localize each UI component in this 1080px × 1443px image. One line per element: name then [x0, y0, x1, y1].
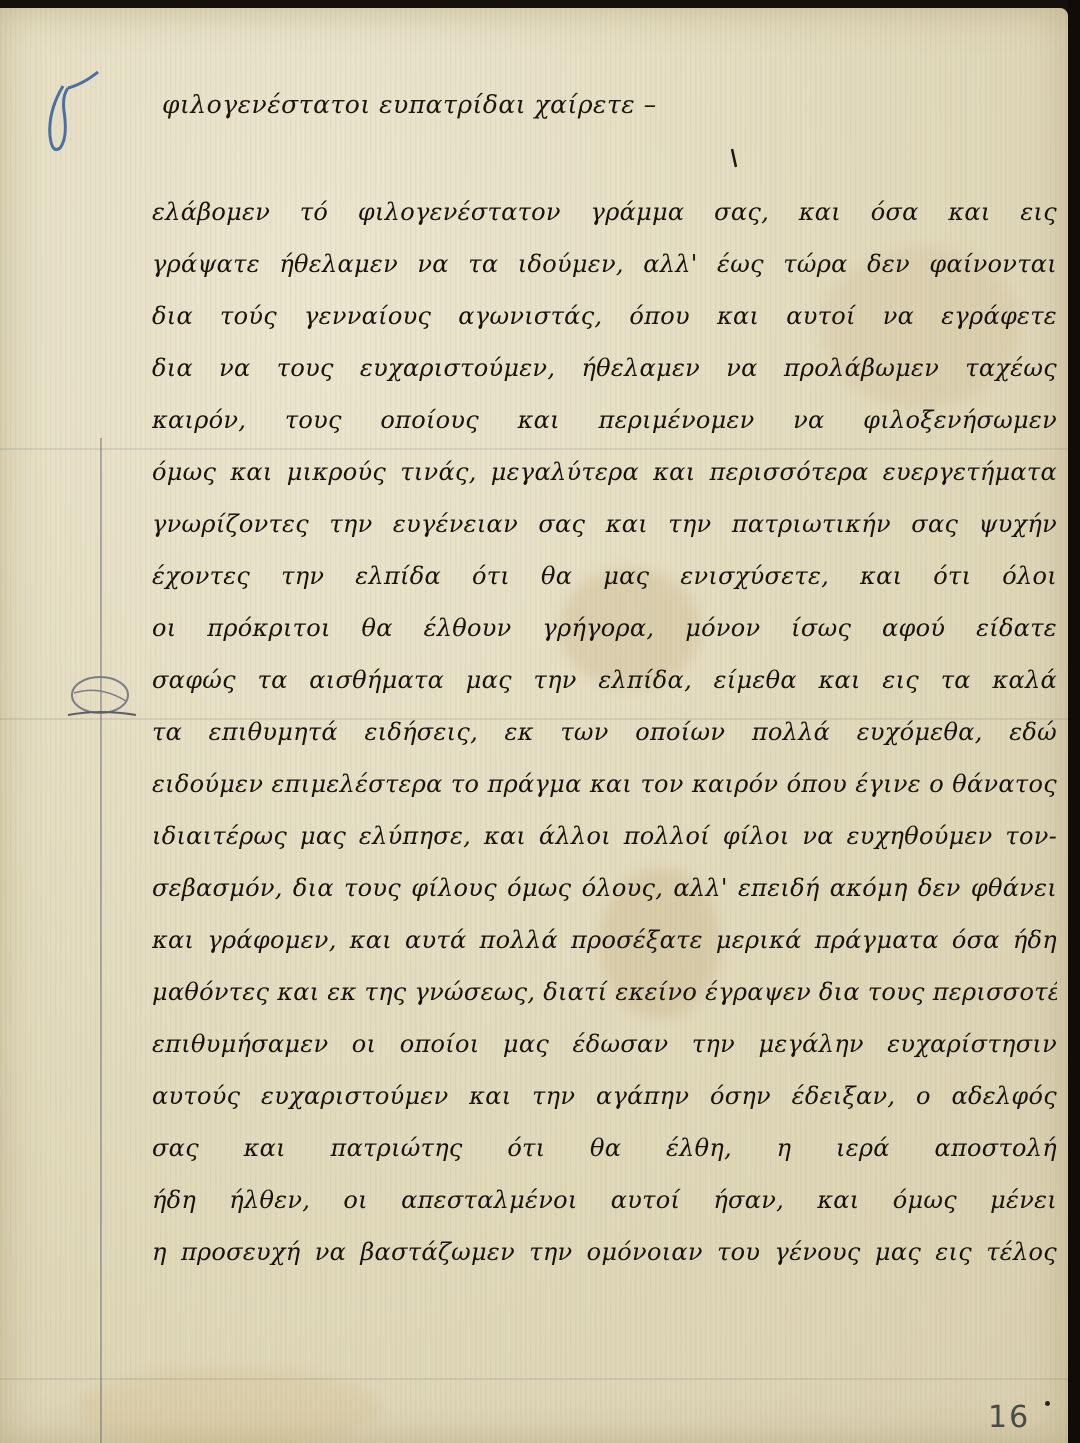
pencil-doodle-icon	[60, 663, 140, 733]
handwritten-line: η προσευχή να βαστάζωμεν την ομόνοιαν το…	[152, 1226, 1057, 1278]
handwritten-line: ελάβομεν τό φιλογενέστατον γράμμα σας, κ…	[152, 186, 1057, 238]
fold-line	[0, 1378, 1068, 1380]
handwritten-line: οι πρόκριτοι θα έλθουν γρήγορα, μόνον ίσ…	[152, 602, 1057, 654]
scan-edge-border	[1068, 0, 1080, 1443]
handwritten-line: ιδιαιτέρως μας ελύπησε, και άλλοι πολλοί…	[152, 810, 1057, 862]
pencil-margin-line	[100, 438, 102, 1443]
manuscript-page: φιλογενέστατοι ευπατρίδαι χαίρετε – ελάβ…	[0, 8, 1068, 1443]
handwritten-line: μαθόντες και εκ της γνώσεως, διατί εκείν…	[152, 966, 1057, 1018]
letter-body: ελάβομεν τό φιλογενέστατον γράμμα σας, κ…	[152, 186, 1057, 1278]
handwritten-line: γράψατε ήθελαμεν να τα ιδούμεν, αλλ' έως…	[152, 238, 1057, 290]
ink-tick-mark-icon	[731, 148, 737, 168]
ink-dot	[1045, 1401, 1050, 1406]
handwritten-line: και γράφομεν, και αυτά πολλά προσέξατε μ…	[152, 914, 1057, 966]
handwritten-line: επιθυμήσαμεν οι οποίοι μας έδωσαν την με…	[152, 1018, 1057, 1070]
folio-number: 16	[988, 1400, 1030, 1435]
handwritten-line: ειδούμεν επιμελέστερα το πράγμα και τον …	[152, 758, 1057, 810]
handwritten-line: ήδη ήλθεν, οι απεσταλμένοι αυτοί ήσαν, κ…	[152, 1174, 1057, 1226]
handwritten-line: δια τούς γενναίους αγωνιστάς, όπου και α…	[152, 290, 1057, 342]
letter-salutation: φιλογενέστατοι ευπατρίδαι χαίρετε –	[162, 90, 657, 119]
handwritten-line: σας και πατριώτης ότι θα έλθη, η ιερά απ…	[152, 1122, 1057, 1174]
handwritten-line: σαφώς τα αισθήματα μας την ελπίδα, είμεθ…	[152, 654, 1057, 706]
handwritten-line: δια να τους ευχαριστούμεν, ήθελαμεν να π…	[152, 342, 1057, 394]
handwritten-line: σεβασμόν, δια τους φίλους όμως όλους, αλ…	[152, 862, 1057, 914]
handwritten-line: τα επιθυμητά ειδήσεις, εκ των οποίων πολ…	[152, 706, 1057, 758]
handwritten-line: αυτούς ευχαριστούμεν και την αγάπην όσην…	[152, 1070, 1057, 1122]
handwritten-line: γνωρίζοντες την ευγένειαν σας και την πα…	[152, 498, 1057, 550]
handwritten-line: έχοντες την ελπίδα ότι θα μας ενισχύσετε…	[152, 550, 1057, 602]
handwritten-line: καιρόν, τους οποίους και περιμένομεν να …	[152, 394, 1057, 446]
handwritten-line: όμως και μικρούς τινάς, μεγαλύτερα και π…	[152, 446, 1057, 498]
blue-pencil-mark-icon	[38, 66, 113, 161]
